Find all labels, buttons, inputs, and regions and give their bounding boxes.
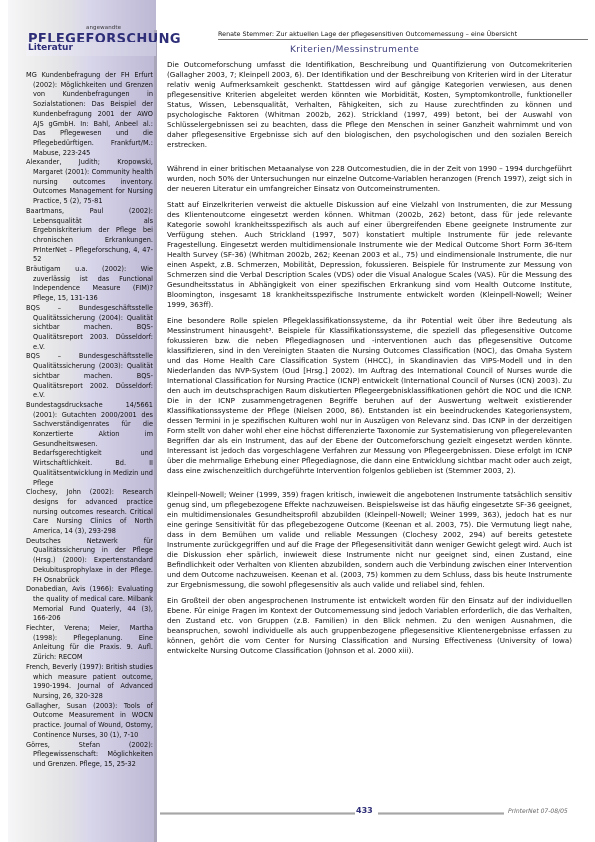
reference-item: MG Kundenbefragung der FH Erfurt (2002):… xyxy=(26,71,153,158)
reference-item: BQS – Bundesgeschäftsstelle Qualitätssic… xyxy=(26,352,153,401)
logo-prefix: angewandte xyxy=(86,25,121,31)
body-paragraph: Die Outcomeforschung umfasst die Identif… xyxy=(167,60,572,150)
reference-item: Baartmans, Paul (2002): Lebensqualität a… xyxy=(26,207,153,265)
reference-item: Bräutigam u.a. (2002): Wie zuverlässig i… xyxy=(26,265,153,304)
body-paragraph: Statt auf Einzelkriterien verweist die a… xyxy=(167,200,572,310)
section-label-text: Literatur xyxy=(28,43,73,53)
reference-item: Donabedian, Avis (1966): Evaluating the … xyxy=(26,585,153,624)
body-paragraph: Ein Großteil der oben angesprochenen Ins… xyxy=(167,596,572,656)
reference-item: French, Beverly (1997): British studies … xyxy=(26,663,153,702)
reference-list: MG Kundenbefragung der FH Erfurt (2002):… xyxy=(26,71,153,770)
reference-item: Alexander, Judith; Kropowski, Margaret (… xyxy=(26,158,153,207)
body-paragraph: Kleinpell-Nowell; Weiner (1999, 359) fra… xyxy=(167,490,572,590)
footer-rule-right xyxy=(378,812,504,815)
reference-item: Gallagher, Susan (2003): Tools of Outcom… xyxy=(26,702,153,741)
body-paragraph: Während in einer britischen Metaanalyse … xyxy=(167,164,572,194)
section-title: Kriterien/Messinstrumente xyxy=(290,45,419,55)
reference-item: Deutsches Netzwerk für Qualitätssicherun… xyxy=(26,537,153,586)
reference-item: Fiechter, Verena; Meier, Martha (1998): … xyxy=(26,624,153,663)
reference-item: Görres, Stefan (2002): Pflegewissenschaf… xyxy=(26,741,153,770)
journal-issue: PrInterNet 07-08/05 xyxy=(508,808,568,815)
body-paragraph: Eine besondere Rolle spielen Pflegeklass… xyxy=(167,316,572,476)
main-body: Die Outcomeforschung umfasst die Identif… xyxy=(167,60,572,662)
reference-item: Clochesy, John (2002): Research designs … xyxy=(26,488,153,537)
running-header: Renate Stemmer: Zur aktuellen Lage der p… xyxy=(218,30,588,40)
page-number: 433 xyxy=(356,806,373,815)
footer-rule-left xyxy=(160,812,355,815)
sidebar-section-label: Literatur xyxy=(26,42,156,56)
reference-item: Bundestagsdrucksache 14/5661 (2001): Gut… xyxy=(26,401,153,488)
sidebar-edge-divider xyxy=(154,30,157,842)
reference-item: BQS – Bundesgeschäftsstelle Qualitätssic… xyxy=(26,304,153,353)
